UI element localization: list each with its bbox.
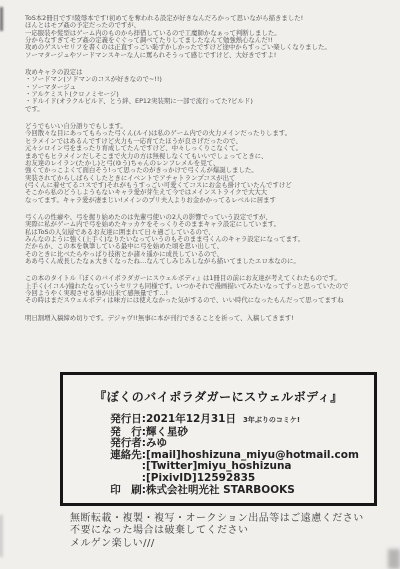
printer-name: 株式会社明光社 STARBOOKS: [146, 484, 295, 496]
publish-date-note: 3年ぶりのコミケ!: [243, 416, 300, 424]
colophon-box: 『ぼくのバイポラダガーにスウェルボディ』 発行日:2021年12月31日3年ぶり…: [60, 372, 377, 506]
scan-artifact-bottom-right: [388, 549, 400, 569]
colophon-label: :: [101, 473, 146, 485]
reprint-notice: 無断転載・複製・複写・オークション出品等はご遠慮ください 不要になった場合は破棄…: [70, 513, 364, 550]
afterword-paragraph-3: どうでもいい自分語りでもします。 今回散々な目にあってもらった弓くん(ルイ)は私…: [25, 123, 379, 204]
colophon-label: 発行日:: [101, 414, 146, 426]
colophon-row-printer: 印 刷:株式会社明光社 STARBOOKS: [101, 485, 374, 497]
book-title: 『ぼくのバイポラダガーにスウェルボディ』: [63, 388, 374, 405]
afterword-paragraph-6: 明日割増入稿締め切りです。デジャヴ!!無事に本が刊行できることを祈って、入稿して…: [25, 315, 379, 322]
circle-name: 輝く星砂: [146, 426, 188, 438]
author-name: みゆ: [146, 437, 167, 449]
colophon-label: :: [101, 461, 146, 473]
colophon-label: 連絡先:: [101, 450, 146, 462]
scanned-doujin-afterword-page: { "colors": { "paper": "#f0efec", "ink":…: [0, 0, 400, 569]
afterword-paragraph-5: この本のタイトル『ぼくのバイポラダガーにスウェルボディ』は1冊目の前にお友達が考…: [25, 275, 379, 304]
colophon-label: 印 刷:: [101, 485, 146, 497]
colophon-rows: 発行日:2021年12月31日3年ぶりのコミケ! 発 行:輝く星砂 発行者:みゆ…: [101, 414, 374, 496]
afterword-paragraph-1: ToS本2冊目です!陵辱本です!初めてを奪われる設定が好きなんだろかって思いなが…: [25, 15, 379, 59]
publish-date: 2021年12月31日: [146, 413, 236, 425]
contact-pixiv: [PixivID]12592835: [146, 472, 255, 484]
contact-twitter: [Twitter]miyu_hoshizuna: [146, 460, 292, 472]
afterword-text-block: ToS本2冊目です!陵辱本です!初めてを奪われる設定が好きなんだろかって思いなが…: [25, 15, 379, 332]
colophon-row-publish-date: 発行日:2021年12月31日3年ぶりのコミケ!: [101, 414, 374, 427]
afterword-paragraph-4: 弓くんの性癖や、弓を握り始めたのは先輩弓使いの2人の影響でっていう設定ですが、 …: [25, 214, 379, 265]
contact-mail: [mail]hoshizuna_miyu@hotmail.com: [146, 449, 359, 461]
scan-artifact-top-left: [0, 7, 3, 31]
afterword-paragraph-2: 攻めキャラの設定は ・ソードマン(ソドマンのコスが好きなので~!!) ・ソーマタ…: [25, 69, 379, 113]
scan-artifact-bottom-left: [0, 515, 2, 557]
